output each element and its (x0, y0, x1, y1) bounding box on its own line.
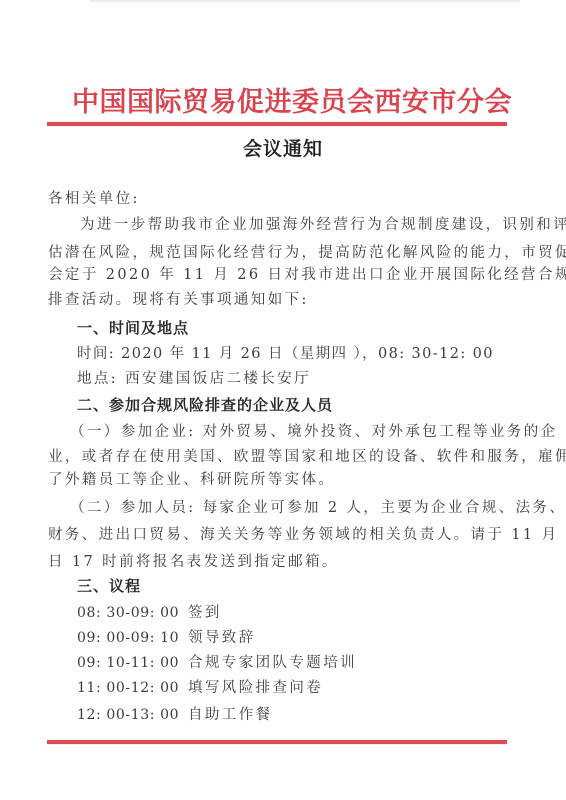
section-1-heading: 一、时间及地点 (77, 318, 547, 338)
footer-red-rule (47, 740, 507, 744)
intro-line-4: 排查活动。现将有关事项通知如下: (48, 290, 518, 310)
personnel-line-3: 日 17 时前将报名表发送到指定邮箱。 (48, 552, 518, 572)
agenda-time: 09: 00-09: 10 (77, 628, 179, 648)
enterprises-line-1: （一）参加企业: 对外贸易、境外投资、对外承包工程等业务的企 (70, 422, 540, 442)
intro-line-1: 为进一步帮助我市企业加强海外经营行为合规制度建设，识别和评 (80, 215, 550, 235)
agenda-time: 12: 00-13: 00 (77, 705, 179, 725)
enterprises-line-3: 了外籍员工等企业、科研院所等实体。 (48, 470, 518, 490)
letterhead-red-rule (47, 122, 507, 126)
section-2-heading: 二、参加合规风险排查的企业及人员 (77, 395, 547, 415)
agenda-item: 合规专家团队专题培训 (188, 653, 357, 673)
agenda-time: 09: 10-11: 00 (77, 653, 179, 673)
intro-line-2: 估潜在风险，规范国际化经营行为，提高防范化解风险的能力，市贸促 (48, 243, 518, 263)
intro-line-3: 会定于 2020 年 11 月 26 日对我市进出口企业开展国际化经营合规风险 (48, 265, 518, 285)
agenda-time: 08: 30-09: 00 (77, 603, 179, 623)
meeting-time: 时间: 2020 年 11 月 26 日（星期四 ），08: 30-12: 00 (77, 344, 547, 364)
agenda-time: 11: 00-12: 00 (77, 678, 179, 698)
meeting-place: 地点: 西安建国饭店二楼长安厅 (77, 369, 547, 389)
agenda-item: 领导致辞 (188, 628, 256, 648)
agenda-item: 自助工作餐 (188, 705, 273, 725)
page-edge-shadow (90, 0, 520, 3)
document-page: 中国国际贸易促进委员会西安市分会 会议通知 各相关单位: 为进一步帮助我市企业加… (0, 0, 566, 800)
document-title: 会议通知 (0, 134, 566, 161)
salutation: 各相关单位: (48, 189, 518, 209)
agenda-item: 填写风险排查问卷 (188, 678, 323, 698)
organization-letterhead: 中国国际贸易促进委员会西安市分会 (72, 80, 482, 119)
enterprises-line-2: 业，或者存在使用美国、欧盟等国家和地区的设备、软件和服务，雇佣 (48, 447, 518, 467)
personnel-line-1: （二）参加人员: 每家企业可参加 2 人，主要为企业合规、法务、 (70, 498, 540, 518)
agenda-item: 签到 (188, 603, 222, 623)
section-3-heading: 三、议程 (77, 576, 547, 596)
personnel-line-2: 财务、进出口贸易、海关关务等业务领域的相关负责人。请于 11 月 24 (48, 525, 518, 545)
